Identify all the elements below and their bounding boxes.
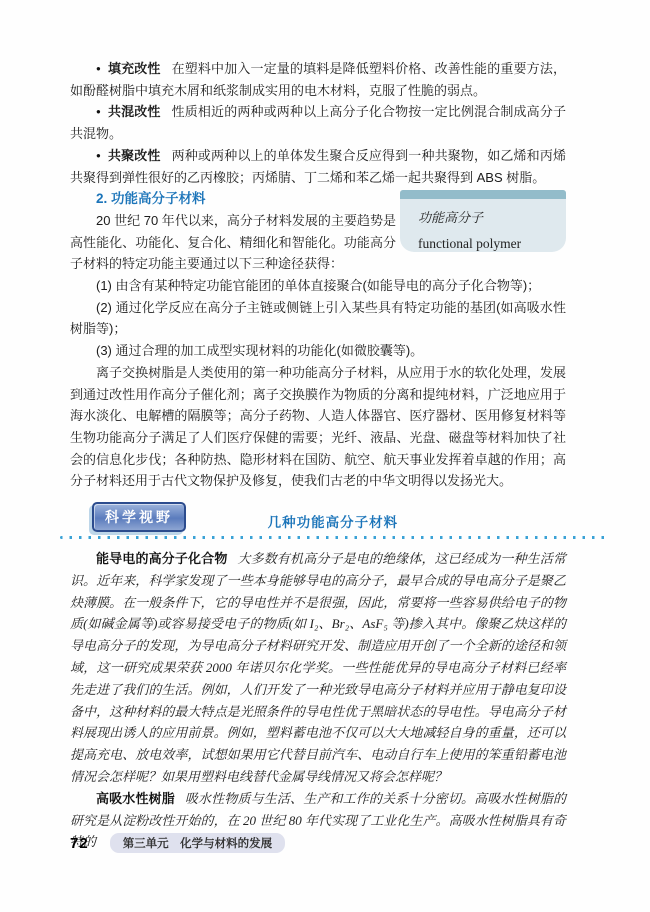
science-vision-section: 科学视野 几种功能高分子材料 能导电的高分子化合物大多数有机高分子是电的绝缘体，… [70,496,566,540]
science-vision-header: 科学视野 几种功能高分子材料 [70,496,566,540]
route-item-2: (2) 通过化学反应在高分子主链或侧链上引入某些具有特定功能的基团(如高吸水性树… [70,297,566,340]
bullet-paragraph-copolymer: ●共聚改性两种或两种以上的单体发生聚合反应得到一种共聚物，如乙烯和丙烯共聚得到弹… [70,145,566,188]
bullet-term: 填充改性 [108,61,161,76]
topic-text: 大多数有机高分子是电的绝缘体，这已经成为一种生活常识。近年来，科学家发现了一些本… [70,551,566,784]
bullet-icon: ● [96,151,101,160]
topic-term: 高吸水性树脂 [96,791,175,806]
bullet-icon: ● [96,107,101,116]
bullet-paragraph-blending: ●共混改性性质相近的两种或两种以上高分子化合物按一定比例混合制成高分子共混物。 [70,101,566,144]
page-footer: 72 第三单元 化学与材料的发展 [70,833,285,853]
bullet-icon: ● [96,64,101,73]
dotted-divider [60,536,608,539]
margin-note-en: functional polymer [418,233,566,255]
textbook-page: ●填充改性在塑料中加入一定量的填料是降低塑料价格、改善性能的重要方法，如酚醛树脂… [0,0,650,912]
margin-note-top-bar [400,190,566,199]
science-vision-title: 几种功能高分子材料 [268,511,399,531]
page-number: 72 [70,835,89,852]
margin-note-box: 功能高分子 functional polymer [400,190,566,252]
route-item-1: (1) 由含有某种特定功能官能团的单体直接聚合(如能导电的高分子化合物等)； [70,275,566,297]
bullet-term: 共聚改性 [108,148,161,163]
unit-badge: 第三单元 化学与材料的发展 [110,833,286,853]
route-item-3: (3) 通过合理的加工成型实现材料的功能化(如微胶囊等)。 [70,340,566,362]
science-vision-body: 能导电的高分子化合物大多数有机高分子是电的绝缘体，这已经成为一种生活常识。近年来… [70,548,566,853]
topic-conductive-polymer: 能导电的高分子化合物大多数有机高分子是电的绝缘体，这已经成为一种生活常识。近年来… [70,548,566,788]
applications-paragraph: 离子交换树脂是人类使用的第一种功能高分子材料，从应用于水的软化处理，发展到通过改… [70,362,566,492]
margin-note-cn: 功能高分子 [418,207,566,229]
science-vision-badge: 科学视野 [92,502,186,532]
main-text-block: ●填充改性在塑料中加入一定量的填料是降低塑料价格、改善性能的重要方法，如酚醛树脂… [70,58,566,492]
topic-term: 能导电的高分子化合物 [96,551,227,566]
bullet-paragraph-filling: ●填充改性在塑料中加入一定量的填料是降低塑料价格、改善性能的重要方法，如酚醛树脂… [70,58,566,101]
bullet-term: 共混改性 [108,104,161,119]
